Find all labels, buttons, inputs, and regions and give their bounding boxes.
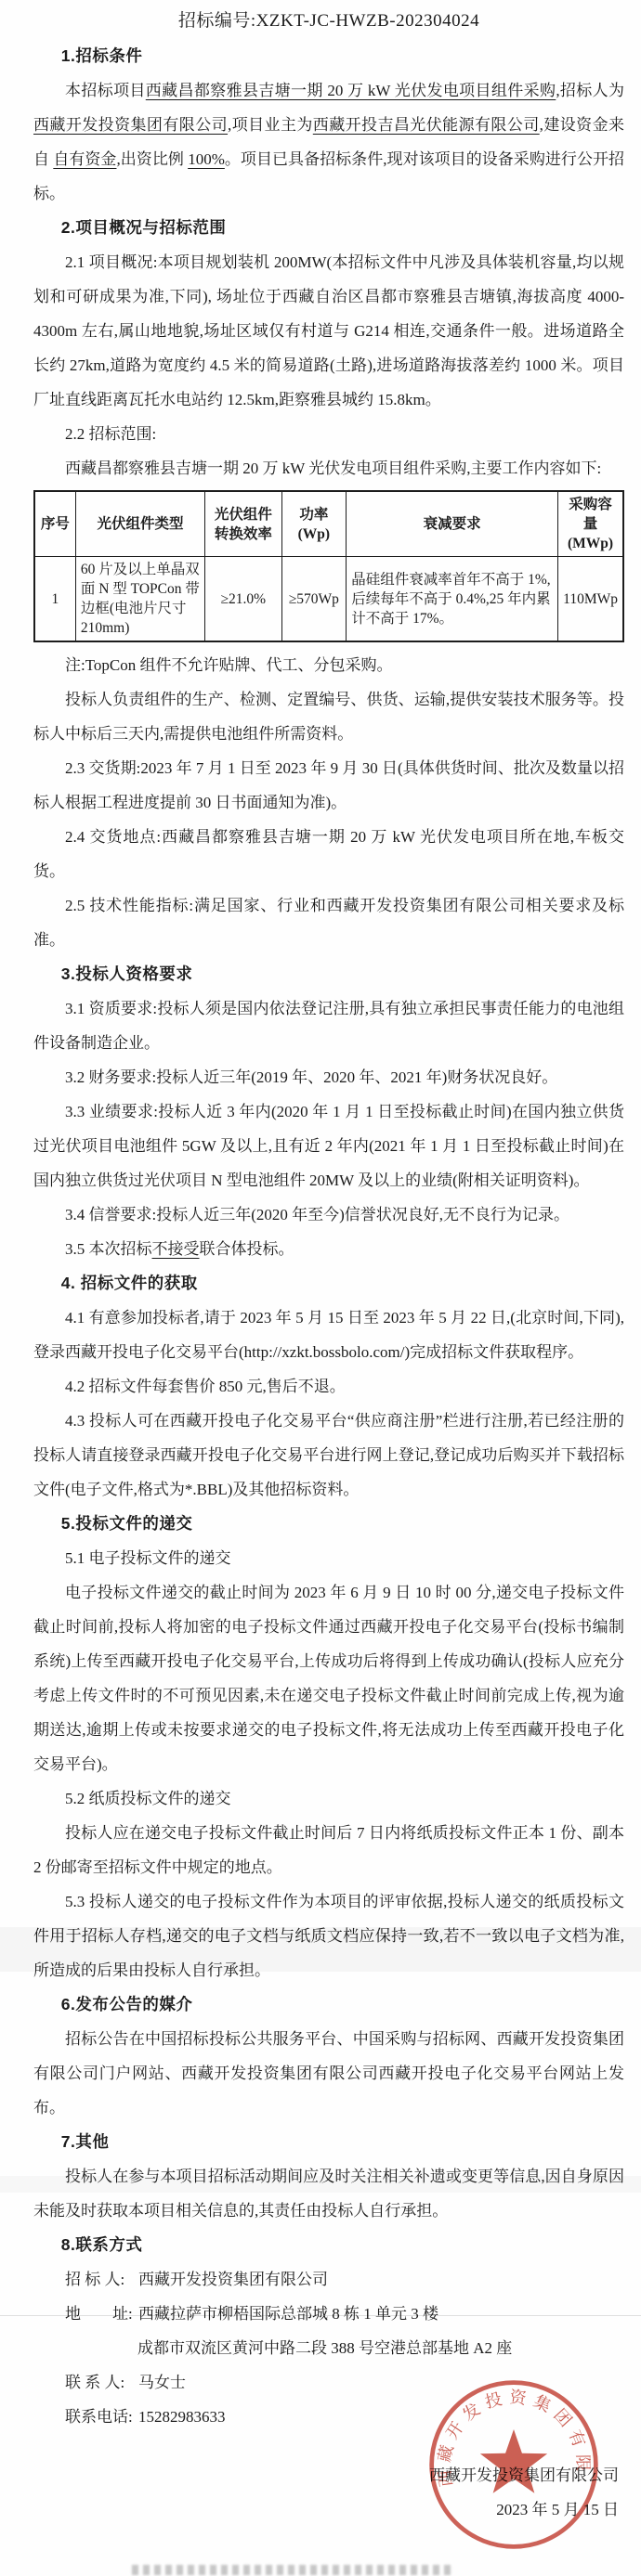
paragraph: 3.3 业绩要求:投标人近 3 年内(2020 年 1 月 1 日至投标截止时间… — [33, 1094, 624, 1197]
owner-name-underlined: 西藏开投吉昌光伏能源有限公司 — [313, 116, 540, 134]
contact-value: 15282983633 — [138, 2408, 226, 2426]
section-3-heading: 3.投标人资格要求 — [33, 957, 624, 991]
paragraph: 3.2 财务要求:投标人近三年(2019 年、2020 年、2021 年)财务状… — [33, 1060, 624, 1094]
paragraph: 4.1 有意参加投标者,请于 2023 年 5 月 15 日至 2023 年 5… — [33, 1301, 624, 1369]
seal-star-icon — [480, 2429, 547, 2493]
section-6-heading: 6.发布公告的媒介 — [33, 1987, 624, 2022]
page-bottom-cutoff-text — [132, 2565, 452, 2575]
col-header-power: 功率(Wp) — [281, 491, 347, 557]
paragraph: 投标人在参与本项目招标活动期间应及时关注相关补遗或变更等信息,因自身原因未能及时… — [33, 2159, 624, 2228]
col-header-index: 序号 — [34, 491, 75, 557]
text-run: 联合体投标。 — [200, 1240, 294, 1258]
contact-row: 地 址:西藏拉萨市柳梧国际总部城 8 栋 1 单元 3 楼 — [33, 2297, 624, 2331]
paragraph: 5.3 投标人递交的电子投标文件作为本项目的评审依据,投标人递交的纸质投标文件用… — [33, 1884, 624, 1987]
text-run: ,项目业主为 — [228, 116, 313, 134]
section-2-heading: 2.项目概况与招标范围 — [33, 211, 624, 245]
text-run: 3.5 本次招标 — [65, 1240, 152, 1258]
tenderer-name-underlined: 西藏开发投资集团有限公司 — [33, 116, 228, 134]
paragraph: 3.4 信誉要求:投标人近三年(2020 年至今)信誉状况良好,无不良行为记录。 — [33, 1197, 624, 1232]
contact-value: 马女士 — [138, 2374, 186, 2391]
section-8-heading: 8.联系方式 — [33, 2228, 624, 2262]
tender-number: 招标编号:XZKT-JC-HWZB-202304024 — [33, 6, 624, 37]
procurement-scope-table: 序号 光伏组件类型 光伏组件转换效率 功率(Wp) 衰减要求 采购容量(MWp)… — [33, 490, 624, 642]
paragraph: 西藏昌都察雅县吉塘一期 20 万 kW 光伏发电项目组件采购,主要工作内容如下: — [33, 451, 624, 485]
col-header-degradation: 衰减要求 — [347, 491, 558, 557]
paragraph: 5.2 纸质投标文件的递交 — [33, 1781, 624, 1816]
funding-source-underlined: 自有资金 — [53, 150, 116, 168]
paragraph: 本招标项目西藏昌都察雅县吉塘一期 20 万 kW 光伏发电项目组件采购,招标人为… — [33, 73, 624, 211]
paragraph: 2.2 招标范围: — [33, 417, 624, 451]
text-run: ,出资比例 — [116, 150, 188, 168]
contact-label: 招 标 人: — [49, 2262, 138, 2297]
paragraph: 电子投标文件递交的截止时间为 2023 年 6 月 9 日 10 时 00 分,… — [33, 1575, 624, 1781]
table-header-row: 序号 光伏组件类型 光伏组件转换效率 功率(Wp) 衰减要求 采购容量(MWp) — [34, 491, 623, 557]
text-run: 本招标项目 — [65, 82, 146, 99]
contact-row: 招 标 人:西藏开发投资集团有限公司 — [33, 2262, 624, 2297]
paragraph: 2.1 项目概况:本项目规划装机 200MW(本招标文件中凡涉及具体装机容量,均… — [33, 245, 624, 417]
funding-ratio-underlined: 100% — [188, 150, 225, 168]
paragraph: 招标公告在中国招标投标公共服务平台、中国采购与招标网、西藏开发投资集团有限公司门… — [33, 2022, 624, 2125]
cell-capacity: 110MWp — [558, 557, 623, 642]
text-run: ,招标人为 — [556, 82, 624, 99]
cell-efficiency: ≥21.0% — [205, 557, 281, 642]
paragraph: 投标人负责组件的生产、检测、定置编号、供货、运输,提供安装技术服务等。投标人中标… — [33, 682, 624, 751]
contact-label: 联 系 人: — [49, 2365, 138, 2400]
paragraph: 2.4 交货地点:西藏昌都察雅县吉塘一期 20 万 kW 光伏发电项目所在地,车… — [33, 820, 624, 888]
section-1-heading: 1.招标条件 — [33, 39, 624, 73]
table-note: 注:TopCon 组件不允许贴牌、代工、分包采购。 — [33, 648, 624, 682]
section-5-heading: 5.投标文件的递交 — [33, 1507, 624, 1541]
cell-module-type: 60 片及以上单晶双面 N 型 TOPCon 带边框(电池片尺寸 210mm) — [75, 557, 204, 642]
cell-degradation: 晶硅组件衰减率首年不高于 1%,后续每年不高于 0.4%,25 年内累计不高于 … — [347, 557, 558, 642]
paragraph: 2.5 技术性能指标:满足国家、行业和西藏开发投资集团有限公司相关要求及标准。 — [33, 888, 624, 957]
document-page: 招标编号:XZKT-JC-HWZB-202304024 1.招标条件 本招标项目… — [0, 0, 641, 2576]
cell-index: 1 — [34, 557, 75, 642]
paragraph: 4.2 招标文件每套售价 850 元,售后不退。 — [33, 1369, 624, 1404]
official-seal: 西藏开发投资集团有限公司 — [425, 2376, 602, 2553]
col-header-module-type: 光伏组件类型 — [75, 491, 204, 557]
contact-label: 地 址: — [49, 2297, 138, 2331]
contact-value: 西藏拉萨市柳梧国际总部城 8 栋 1 单元 3 楼 — [138, 2305, 438, 2323]
scan-fold-line — [0, 2315, 641, 2316]
contact-label: 联系电话: — [49, 2400, 138, 2434]
cell-power: ≥570Wp — [281, 557, 347, 642]
paragraph: 投标人应在递交电子投标文件截止时间后 7 日内将纸质投标文件正本 1 份、副本 … — [33, 1816, 624, 1884]
paragraph: 3.5 本次招标不接受联合体投标。 — [33, 1232, 624, 1266]
paragraph: 5.1 电子投标文件的递交 — [33, 1541, 624, 1575]
section-4-heading: 4. 招标文件的获取 — [33, 1266, 624, 1301]
contact-value: 西藏开发投资集团有限公司 — [138, 2271, 328, 2288]
contact-address-line-2: 成都市双流区黄河中路二段 388 号空港总部基地 A2 座 — [33, 2331, 624, 2365]
col-header-capacity: 采购容量(MWp) — [558, 491, 623, 557]
no-consortium-underlined: 不接受 — [152, 1240, 200, 1258]
table-row: 1 60 片及以上单晶双面 N 型 TOPCon 带边框(电池片尺寸 210mm… — [34, 557, 623, 642]
paragraph: 4.3 投标人可在西藏开投电子化交易平台“供应商注册”栏进行注册,若已经注册的投… — [33, 1404, 624, 1507]
project-name-underlined: 西藏昌都察雅县吉塘一期 20 万 kW 光伏发电项目组件采购 — [146, 82, 556, 99]
paragraph: 2.3 交货期:2023 年 7 月 1 日至 2023 年 9 月 30 日(… — [33, 751, 624, 820]
col-header-efficiency: 光伏组件转换效率 — [205, 491, 281, 557]
section-7-heading: 7.其他 — [33, 2125, 624, 2159]
paragraph: 3.1 资质要求:投标人须是国内依法登记注册,具有独立承担民事责任能力的电池组件… — [33, 991, 624, 1060]
